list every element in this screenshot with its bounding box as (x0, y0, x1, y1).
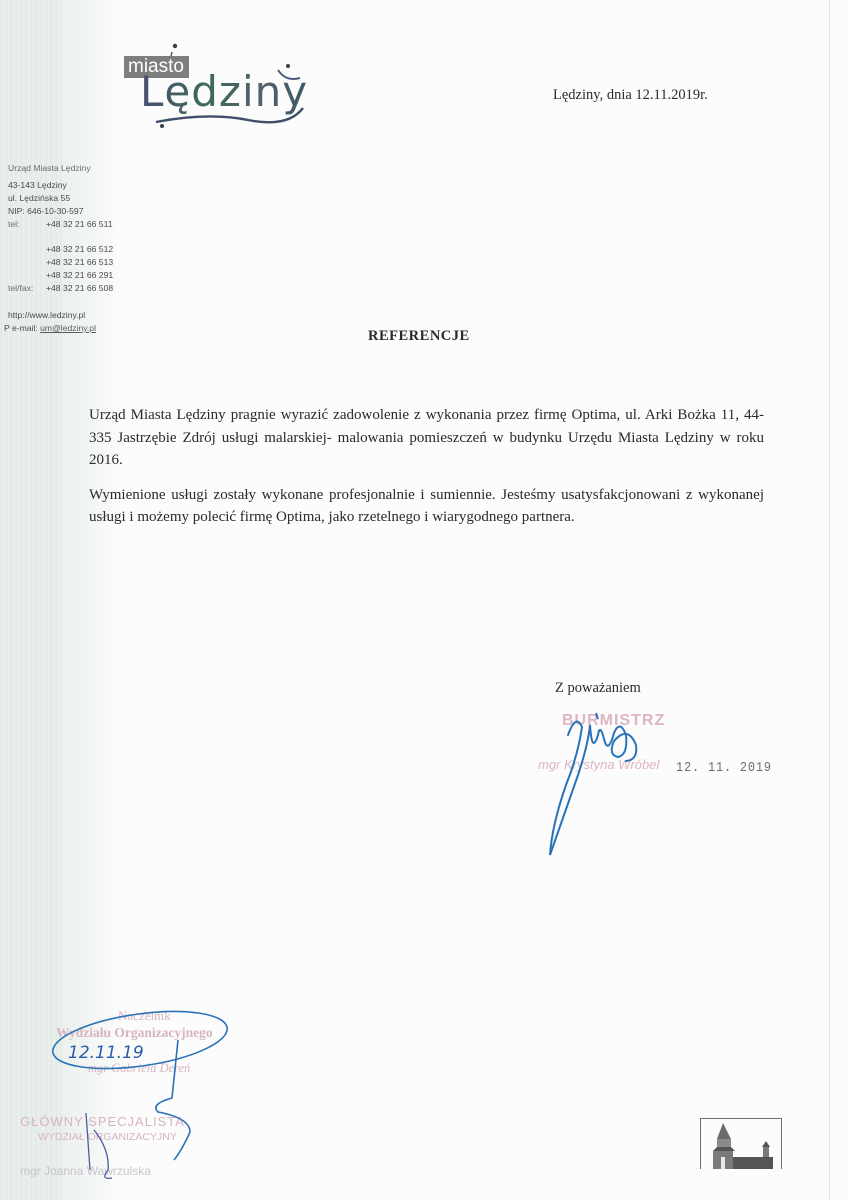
fax-row: tel/fax: +48 32 21 66 508 (8, 282, 113, 295)
received-date-stamp: 12. 11. 2019 (676, 760, 772, 776)
signature-icon (538, 705, 658, 865)
date-line: Lędziny, dnia 12.11.2019r. (553, 87, 708, 104)
phone-row: +48 32 21 66 512 (8, 243, 113, 256)
email-row: P e-mail: um@ledziny.pl (4, 322, 113, 335)
phone-label (8, 269, 46, 282)
phone-label (8, 243, 46, 256)
closing-salutation: Z poważaniem (555, 680, 641, 697)
sender-postal: 43-143 Lędziny (8, 179, 113, 192)
email-label: P e-mail: (4, 323, 40, 333)
sender-nip: NIP: 646-10-30-597 (8, 205, 113, 218)
body-paragraph: Wymienione usługi zostały wykonane profe… (89, 484, 764, 529)
sender-address-block: Urząd Miasta Lędziny 43-143 Lędziny ul. … (8, 162, 113, 335)
email-link[interactable]: um@ledziny.pl (40, 323, 96, 333)
body-paragraph: Urząd Miasta Lędziny pragnie wyrazić zad… (89, 404, 764, 472)
handwritten-annotation-icon: 12.11.19 (50, 1000, 250, 1190)
phone-label: tel: (8, 218, 46, 231)
phone-number: +48 32 21 66 513 (46, 256, 113, 269)
phone-number: +48 32 21 66 511 (46, 218, 113, 231)
phone-row: +48 32 21 66 513 (8, 256, 113, 269)
fax-number: +48 32 21 66 508 (46, 282, 113, 295)
phone-number: +48 32 21 66 291 (46, 269, 113, 282)
church-emblem (700, 1118, 782, 1169)
sender-street: ul. Lędzińska 55 (8, 192, 113, 205)
website-link[interactable]: http://www.ledziny.pl (8, 309, 113, 322)
svg-text:12.11.19: 12.11.19 (68, 1043, 144, 1063)
letter-body: Urząd Miasta Lędziny pragnie wyrazić zad… (89, 404, 764, 541)
church-icon (701, 1119, 781, 1169)
phone-label (8, 256, 46, 269)
scan-edge-line (829, 0, 830, 1200)
city-logo: miasto Lędziny (118, 42, 318, 132)
phone-row: tel: +48 32 21 66 511 (8, 218, 113, 231)
sender-organization: Urząd Miasta Lędziny (8, 162, 113, 175)
fax-label: tel/fax: (8, 282, 46, 295)
phone-row: +48 32 21 66 291 (8, 269, 113, 282)
logo-wordmark: Lędziny (140, 66, 308, 118)
phone-number: +48 32 21 66 512 (46, 243, 113, 256)
document-title: REFERENCJE (368, 328, 470, 345)
